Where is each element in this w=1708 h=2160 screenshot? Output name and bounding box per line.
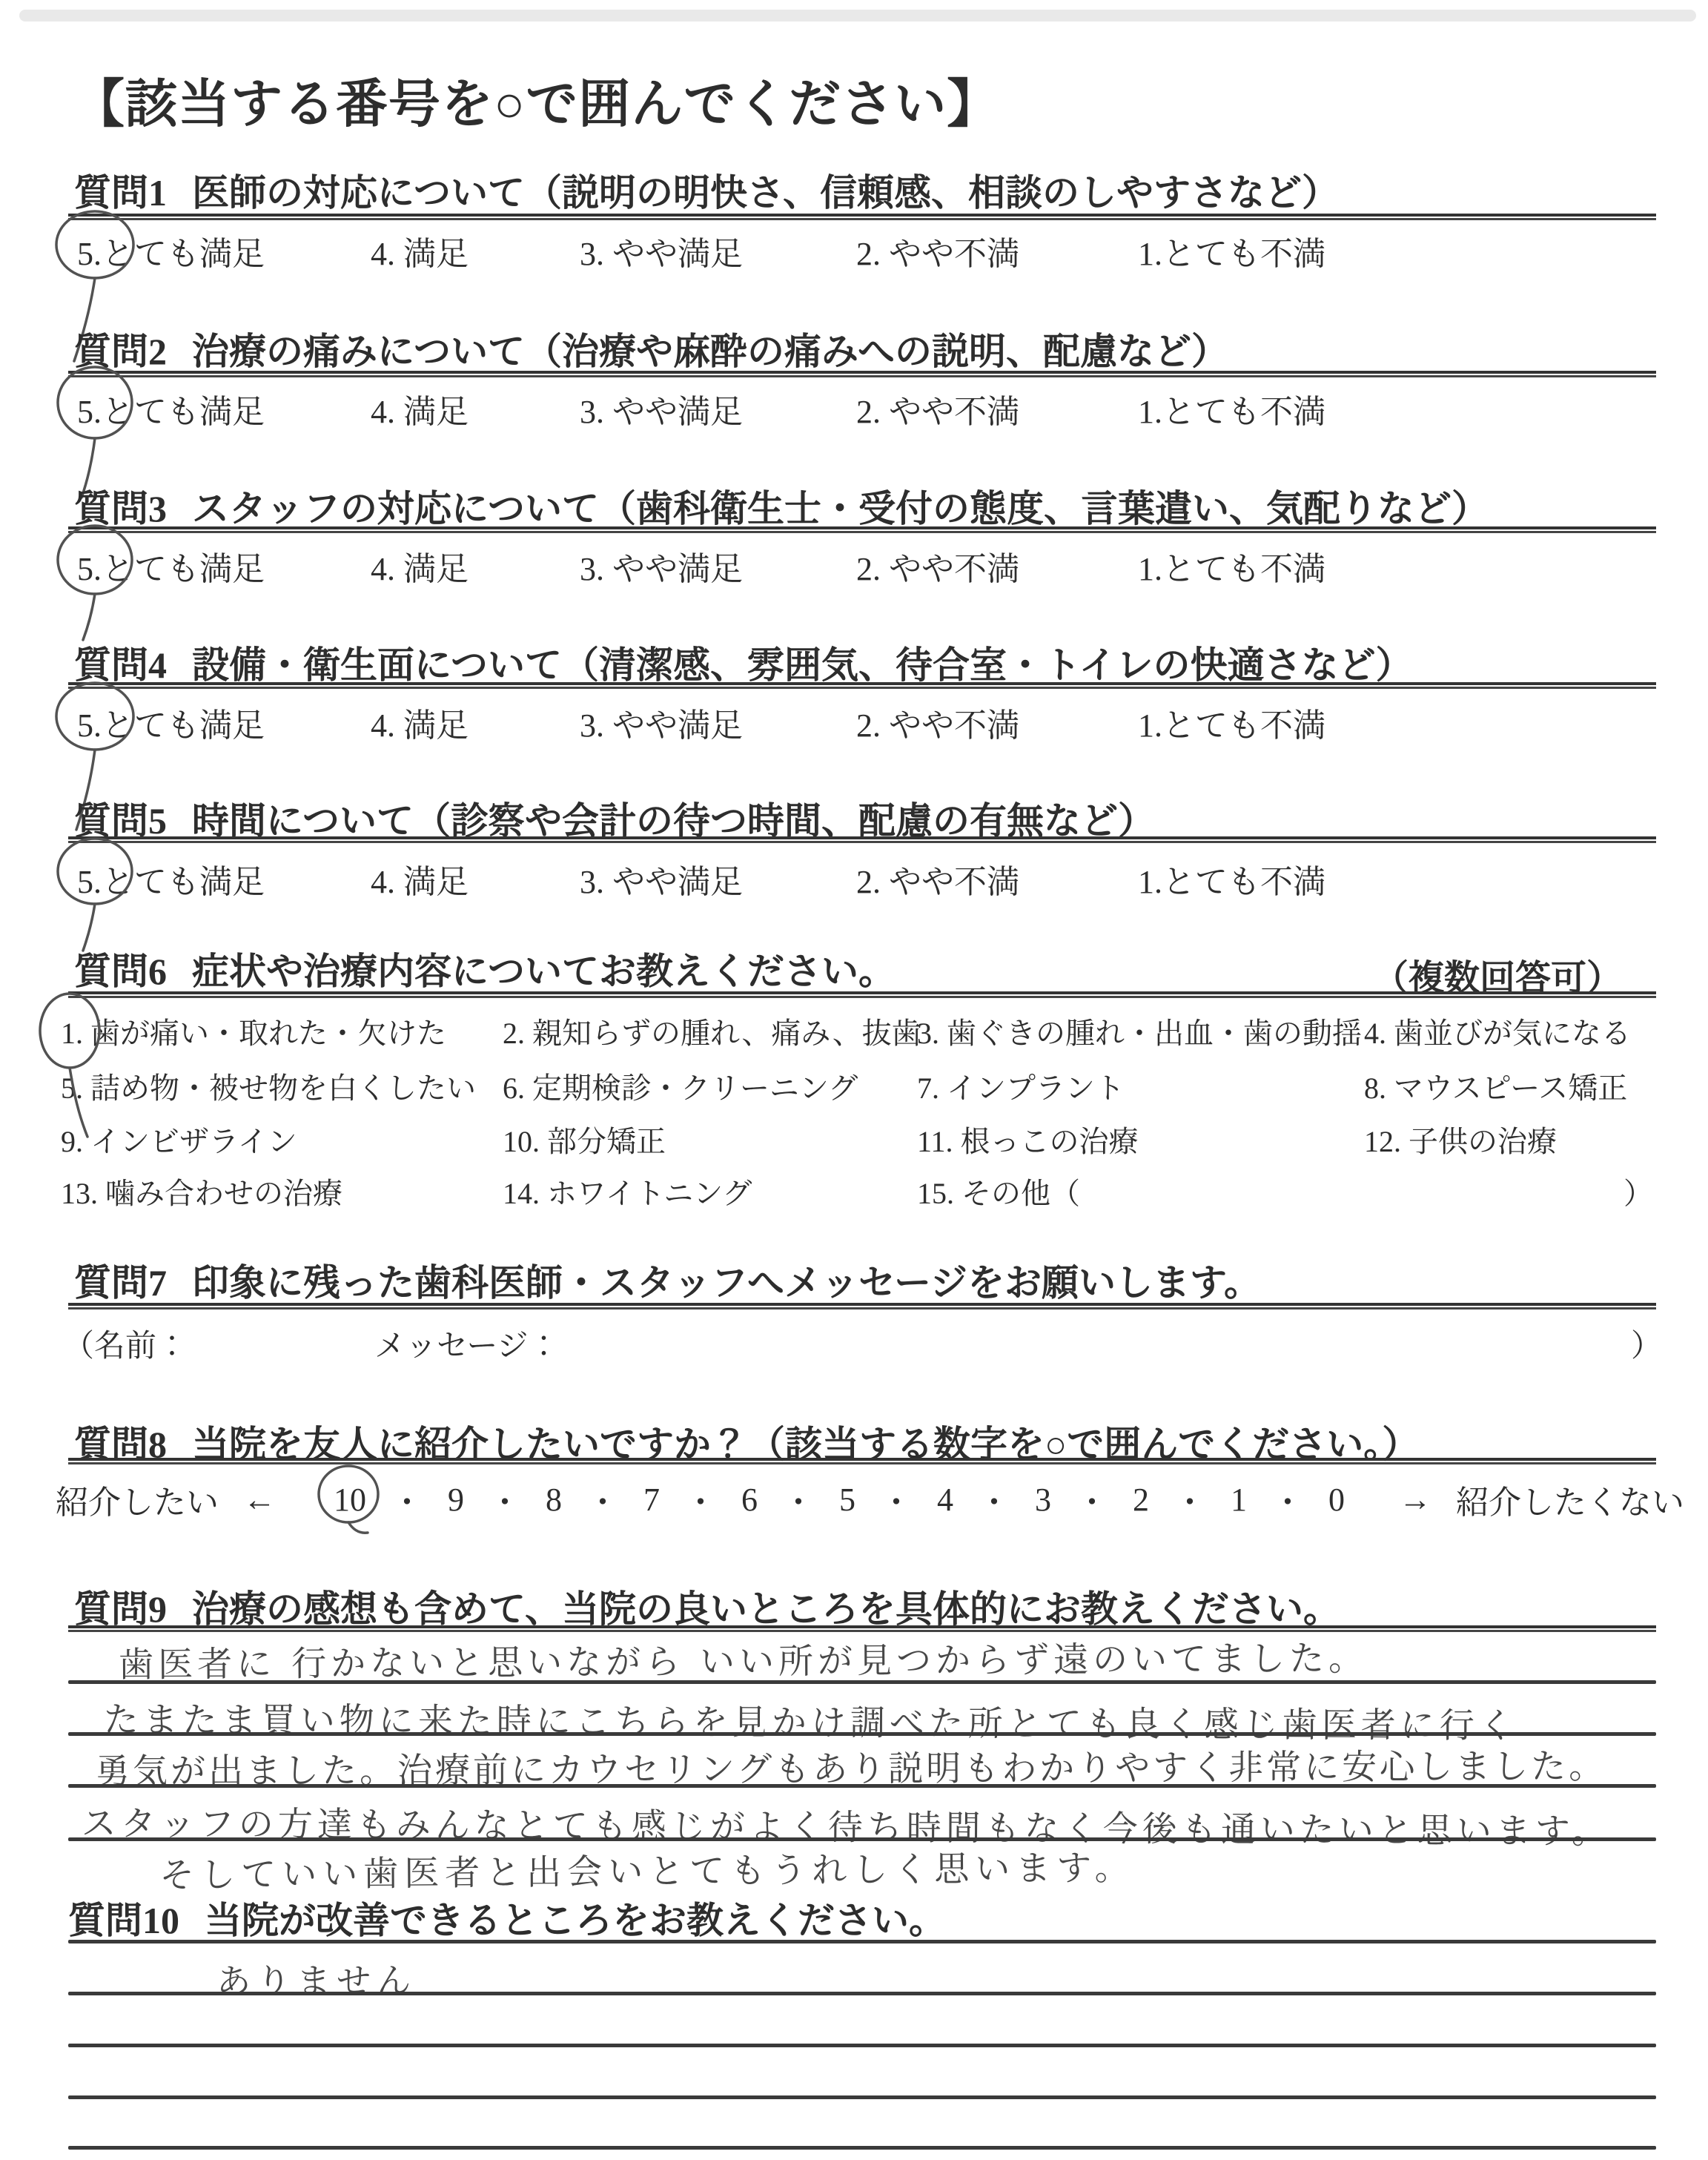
question-4-options: 5.とても満足 4. 満足 3. やや満足 2. やや不満 1.とても不満 — [0, 698, 1708, 743]
q5-option-2: 2. やや不満 — [856, 855, 1019, 902]
q7-name-label: （名前： — [63, 1321, 188, 1366]
q9-answer-rule-2 — [68, 1732, 1656, 1736]
q8-scale-3: 3 — [1035, 1481, 1051, 1519]
q8-scale-8: 8 — [546, 1481, 562, 1519]
q10-answer-rule-1 — [68, 1940, 1656, 1943]
question-1-divider — [68, 214, 1656, 220]
q3-option-5: 5.とても満足 — [77, 542, 265, 589]
q1-option-2: 2. やや不満 — [856, 227, 1019, 274]
question-1-options: 5.とても満足 4. 満足 3. やや満足 2. やや不満 1.とても不満 — [0, 227, 1708, 271]
q2-option-3: 3. やや満足 — [580, 385, 743, 432]
question-6-heading: 質問6症状や治療内容についてお教えください。 — [74, 942, 896, 995]
question-3-divider — [68, 526, 1656, 533]
question-10-id: 質問10 — [68, 1891, 179, 1944]
q8-left-arrow-icon: ← — [243, 1481, 276, 1519]
question-4-heading: 質問4設備・衛生面について（清潔感、雰囲気、待合室・トイレの快適さなど） — [74, 635, 1413, 689]
question-5-label: 時間について（診察や会計の待つ時間、配慮の有無など） — [192, 800, 1155, 842]
q8-dot: ・ — [586, 1476, 619, 1523]
q5-option-4: 4. 満足 — [371, 855, 469, 902]
question-9-divider — [68, 1625, 1656, 1632]
q8-dot: ・ — [1076, 1476, 1108, 1523]
q3-option-4: 4. 満足 — [371, 542, 469, 589]
q6-item-8: 8. マウスピース矯正 — [1364, 1065, 1627, 1107]
question-1-id: 質問1 — [74, 163, 167, 217]
question-7-divider — [68, 1303, 1656, 1309]
question-9-label: 治療の感想も含めて、当院の良いところを具体的にお教えください。 — [192, 1588, 1340, 1630]
q8-dot: ・ — [880, 1476, 913, 1523]
q8-right-label: 紹介したくない — [1456, 1476, 1684, 1523]
q1-option-5: 5.とても満足 — [77, 227, 265, 274]
q2-option-2: 2. やや不満 — [856, 385, 1019, 432]
question-5-options: 5.とても満足 4. 満足 3. やや満足 2. やや不満 1.とても不満 — [0, 855, 1708, 899]
q7-close-paren: ） — [1631, 1321, 1662, 1366]
question-7-label: 印象に残った歯科医師・スタッフへメッセージをお願いします。 — [192, 1262, 1261, 1304]
q8-left-label: 紹介したい — [56, 1476, 219, 1523]
q8-scale-9: 9 — [448, 1481, 464, 1519]
question-6-divider — [68, 991, 1656, 998]
question-4-id: 質問4 — [74, 635, 167, 689]
q8-right-arrow-icon: → — [1399, 1481, 1431, 1519]
q5-option-5: 5.とても満足 — [77, 855, 265, 902]
q10-answer-rule-5 — [68, 2146, 1656, 2150]
question-4-label: 設備・衛生面について（清潔感、雰囲気、待合室・トイレの快適さなど） — [192, 644, 1413, 686]
question-6-label: 症状や治療内容についてお教えください。 — [192, 951, 896, 992]
handwritten-answer-line-5: そしていい歯医者と出会いとてもうれしく思います。 — [159, 1840, 1136, 1898]
q10-answer-rule-4 — [68, 2095, 1656, 2099]
question-7-id: 質問7 — [74, 1253, 167, 1307]
question-2-heading: 質問2治療の痛みについて（治療や麻酔の痛みへの説明、配慮など） — [74, 322, 1228, 375]
q9-answer-rule-4 — [68, 1837, 1656, 1841]
question-7-heading: 質問7印象に残った歯科医師・スタッフへメッセージをお願いします。 — [74, 1253, 1261, 1307]
q8-scale-5: 5 — [839, 1481, 855, 1519]
q2-option-1: 1.とても不満 — [1138, 385, 1325, 432]
question-10-heading: 質問10当院が改善できるところをお教えください。 — [68, 1891, 946, 1944]
question-3-id: 質問3 — [74, 479, 167, 532]
q8-scale-4: 4 — [937, 1481, 953, 1519]
q3-option-1: 1.とても不満 — [1138, 542, 1325, 589]
q5-option-3: 3. やや満足 — [580, 855, 743, 902]
q9-answer-rule-1 — [68, 1680, 1656, 1684]
q6-item-15: 15. その他（ — [917, 1170, 1080, 1212]
q5-option-1: 1.とても不満 — [1138, 855, 1325, 902]
question-4-divider — [68, 682, 1656, 689]
q8-scale-2: 2 — [1133, 1481, 1149, 1519]
q10-answer-rule-3 — [68, 2044, 1656, 2047]
question-2-label: 治療の痛みについて（治療や麻酔の痛みへの説明、配慮など） — [192, 331, 1228, 372]
q6-item-2: 2. 親知らずの腫れ、痛み、抜歯 — [503, 1010, 921, 1052]
q10-answer-rule-2 — [68, 1992, 1656, 1995]
scan-artifact-bar — [19, 10, 1696, 22]
question-8-divider — [68, 1458, 1656, 1464]
question-2-divider — [68, 371, 1656, 377]
q8-dot: ・ — [684, 1476, 717, 1523]
q7-message-label: メッセージ： — [374, 1321, 559, 1366]
survey-form-page: 【該当する番号を○で囲んでください】 質問1医師の対応について（説明の明快さ、信… — [0, 0, 1708, 2160]
q8-dot: ・ — [1271, 1476, 1304, 1523]
q6-item-7: 7. インプラント — [917, 1065, 1125, 1107]
q6-item-1: 1. 歯が痛い・取れた・欠けた — [61, 1010, 446, 1052]
q6-item-10: 10. 部分矯正 — [503, 1118, 666, 1160]
question-5-divider — [68, 836, 1656, 843]
q6-item-6: 6. 定期検診・クリーニング — [503, 1065, 858, 1107]
q8-nps-scale: 紹介したい ← 10 ・ 9 ・ 8 ・ 7 ・ 6 ・ 5 ・ 4 ・ 3 ・… — [56, 1476, 1684, 1523]
question-2-options: 5.とても満足 4. 満足 3. やや満足 2. やや不満 1.とても不満 — [0, 385, 1708, 429]
q8-dot: ・ — [391, 1476, 423, 1523]
question-3-options: 5.とても満足 4. 満足 3. やや満足 2. やや不満 1.とても不満 — [0, 542, 1708, 587]
question-2-id: 質問2 — [74, 322, 167, 375]
question-3-heading: 質問3スタッフの対応について（歯科衛生士・受付の態度、言葉遣い、気配りなど） — [74, 479, 1489, 532]
q6-item-3: 3. 歯ぐきの腫れ・出血・歯の動揺 — [917, 1010, 1362, 1052]
handwritten-answer-q10: ありません — [216, 1954, 417, 2004]
q6-item-15-close-paren: ） — [1623, 1170, 1653, 1212]
q8-scale-6: 6 — [741, 1481, 758, 1519]
q6-item-12: 12. 子供の治療 — [1364, 1118, 1557, 1160]
q2-option-5: 5.とても満足 — [77, 385, 265, 432]
q9-answer-rule-3 — [68, 1784, 1656, 1788]
q4-option-2: 2. やや不満 — [856, 698, 1019, 746]
q4-option-5: 5.とても満足 — [77, 698, 265, 746]
question-6-id: 質問6 — [74, 942, 167, 995]
q6-item-9: 9. インビザライン — [61, 1118, 297, 1160]
q8-scale-0: 0 — [1328, 1481, 1345, 1519]
q6-item-4: 4. 歯並びが気になる — [1364, 1010, 1631, 1052]
q6-item-5: 5. 詰め物・被せ物を白くしたい — [61, 1065, 476, 1107]
q1-option-1: 1.とても不満 — [1138, 227, 1325, 274]
q8-scale-1: 1 — [1231, 1481, 1247, 1519]
q3-option-3: 3. やや満足 — [580, 542, 743, 589]
question-1-label: 医師の対応について（説明の明快さ、信頼感、相談のしやすさなど） — [192, 172, 1339, 214]
q8-scale-7: 7 — [643, 1481, 660, 1519]
q8-scale-10: 10 — [334, 1481, 366, 1519]
q2-option-4: 4. 満足 — [371, 385, 469, 432]
q6-item-13: 13. 噛み合わせの治療 — [61, 1170, 342, 1212]
question-3-label: スタッフの対応について（歯科衛生士・受付の態度、言葉遣い、気配りなど） — [192, 488, 1489, 529]
q1-option-4: 4. 満足 — [371, 227, 469, 274]
q3-option-2: 2. やや不満 — [856, 542, 1019, 589]
question-1-heading: 質問1医師の対応について（説明の明快さ、信頼感、相談のしやすさなど） — [74, 163, 1339, 217]
q8-dot: ・ — [489, 1476, 521, 1523]
page-title: 【該当する番号を○で囲んでください】 — [73, 62, 999, 137]
q1-option-3: 3. やや満足 — [580, 227, 743, 274]
question-10-label: 当院が改善できるところをお教えください。 — [205, 1900, 946, 1941]
q4-option-4: 4. 満足 — [371, 698, 469, 746]
q8-dot: ・ — [1174, 1476, 1206, 1523]
handwritten-answer-line-1: 歯医者に 行かないと思いながら いい所が見つからず遠のいてました。 — [119, 1631, 1368, 1687]
q6-item-11: 11. 根っこの治療 — [917, 1118, 1139, 1160]
q6-item-14: 14. ホワイトニング — [503, 1170, 752, 1212]
q4-option-1: 1.とても不満 — [1138, 698, 1325, 746]
q4-option-3: 3. やや満足 — [580, 698, 743, 746]
q8-dot: ・ — [782, 1476, 815, 1523]
q8-dot: ・ — [978, 1476, 1010, 1523]
